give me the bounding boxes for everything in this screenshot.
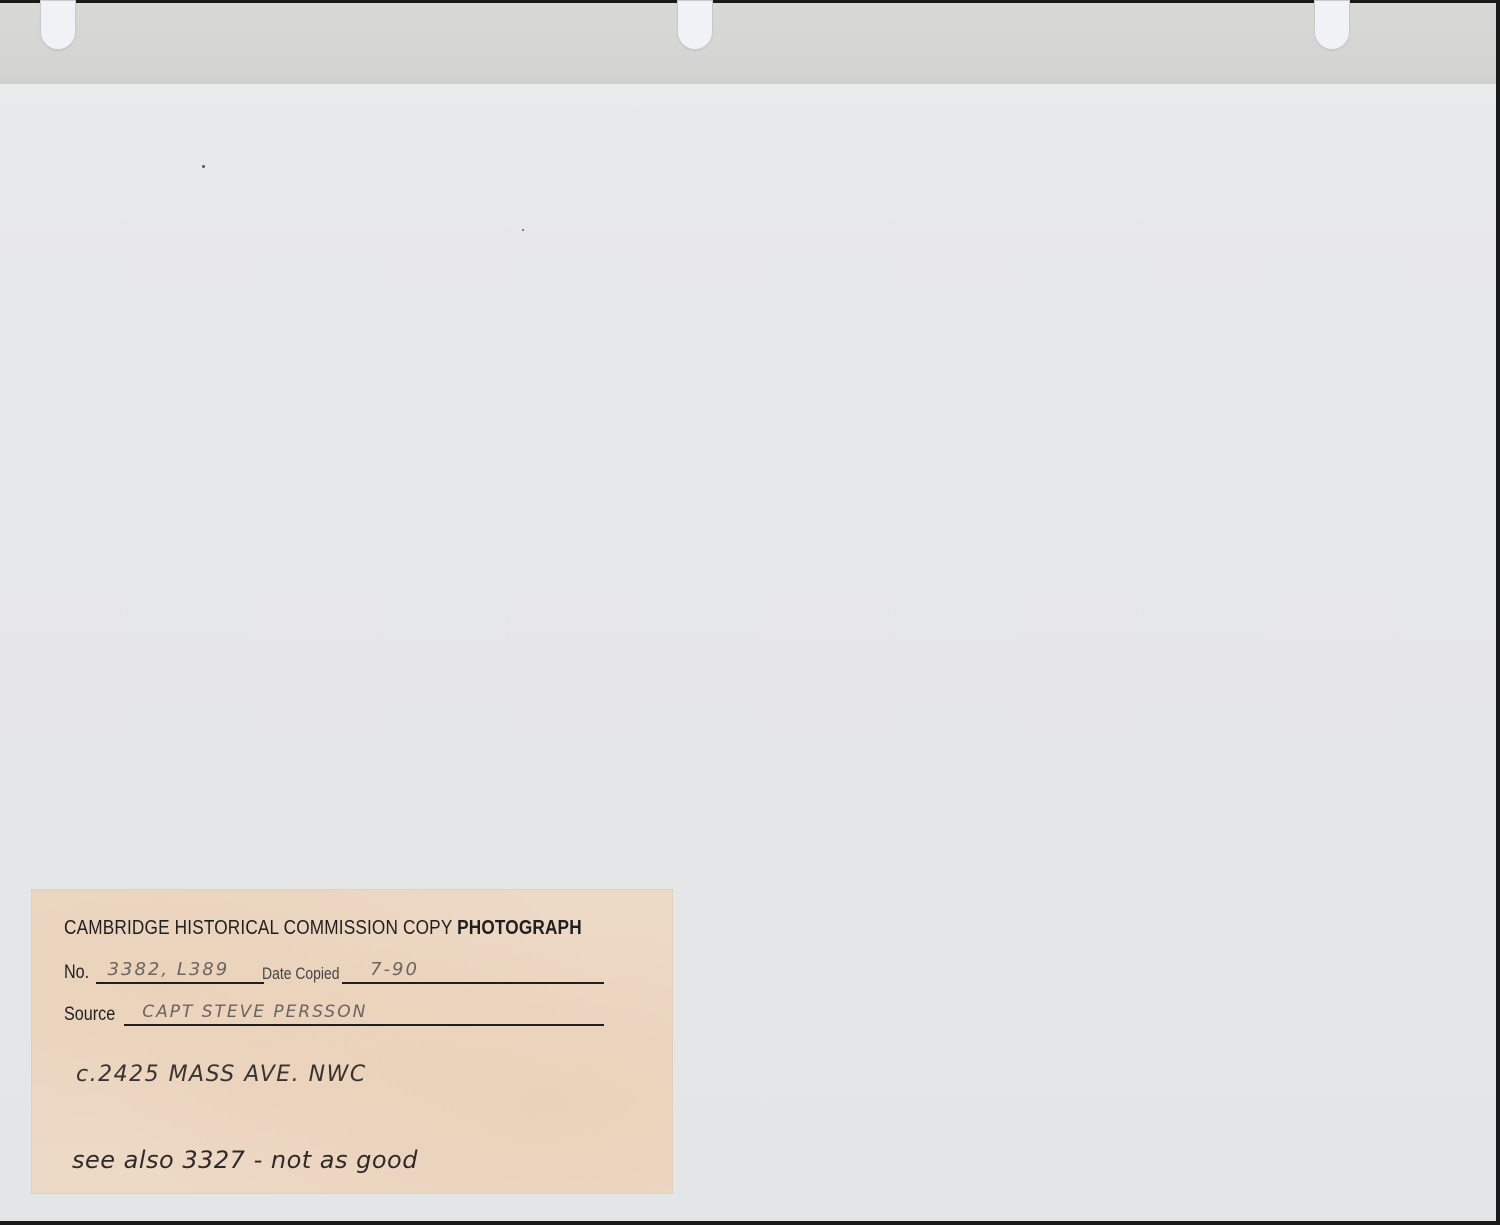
label-title-bold: PHOTOGRAPH [457, 917, 582, 939]
photo-back-page: CAMBRIDGE HISTORICAL COMMISSION COPY PHO… [0, 3, 1496, 1221]
binder-strip [0, 3, 1496, 84]
punch-hole [1314, 0, 1350, 50]
number-field: 3382, L389 [96, 958, 264, 984]
copy-photograph-label: CAMBRIDGE HISTORICAL COMMISSION COPY PHO… [32, 890, 672, 1193]
dust-speck [202, 165, 205, 168]
source-label: Source [64, 1004, 115, 1026]
date-copied-label: Date Copied [262, 964, 340, 984]
source-row: Source CAPT STEVE PERSSON [64, 998, 604, 1026]
date-copied-value: 7-90 [370, 959, 419, 980]
handwritten-see-also-note: see also 3327 - not as good [72, 1146, 418, 1174]
number-value: 3382, L389 [108, 959, 230, 980]
label-title: CAMBRIDGE HISTORICAL COMMISSION COPY PHO… [64, 917, 582, 940]
date-copied-field: 7-90 [342, 958, 604, 984]
number-date-row: No. 3382, L389 Date Copied 7-90 [64, 956, 604, 984]
source-value: CAPT STEVE PERSSON [142, 1002, 367, 1022]
dust-speck [522, 229, 524, 231]
label-title-regular: CAMBRIDGE HISTORICAL COMMISSION COPY [64, 917, 457, 939]
punch-hole [40, 0, 76, 50]
source-field: CAPT STEVE PERSSON [124, 1000, 604, 1026]
punch-hole [677, 0, 713, 50]
number-label: No. [64, 962, 89, 984]
handwritten-address-note: c.2425 MASS AVE. NWC [76, 1062, 367, 1087]
